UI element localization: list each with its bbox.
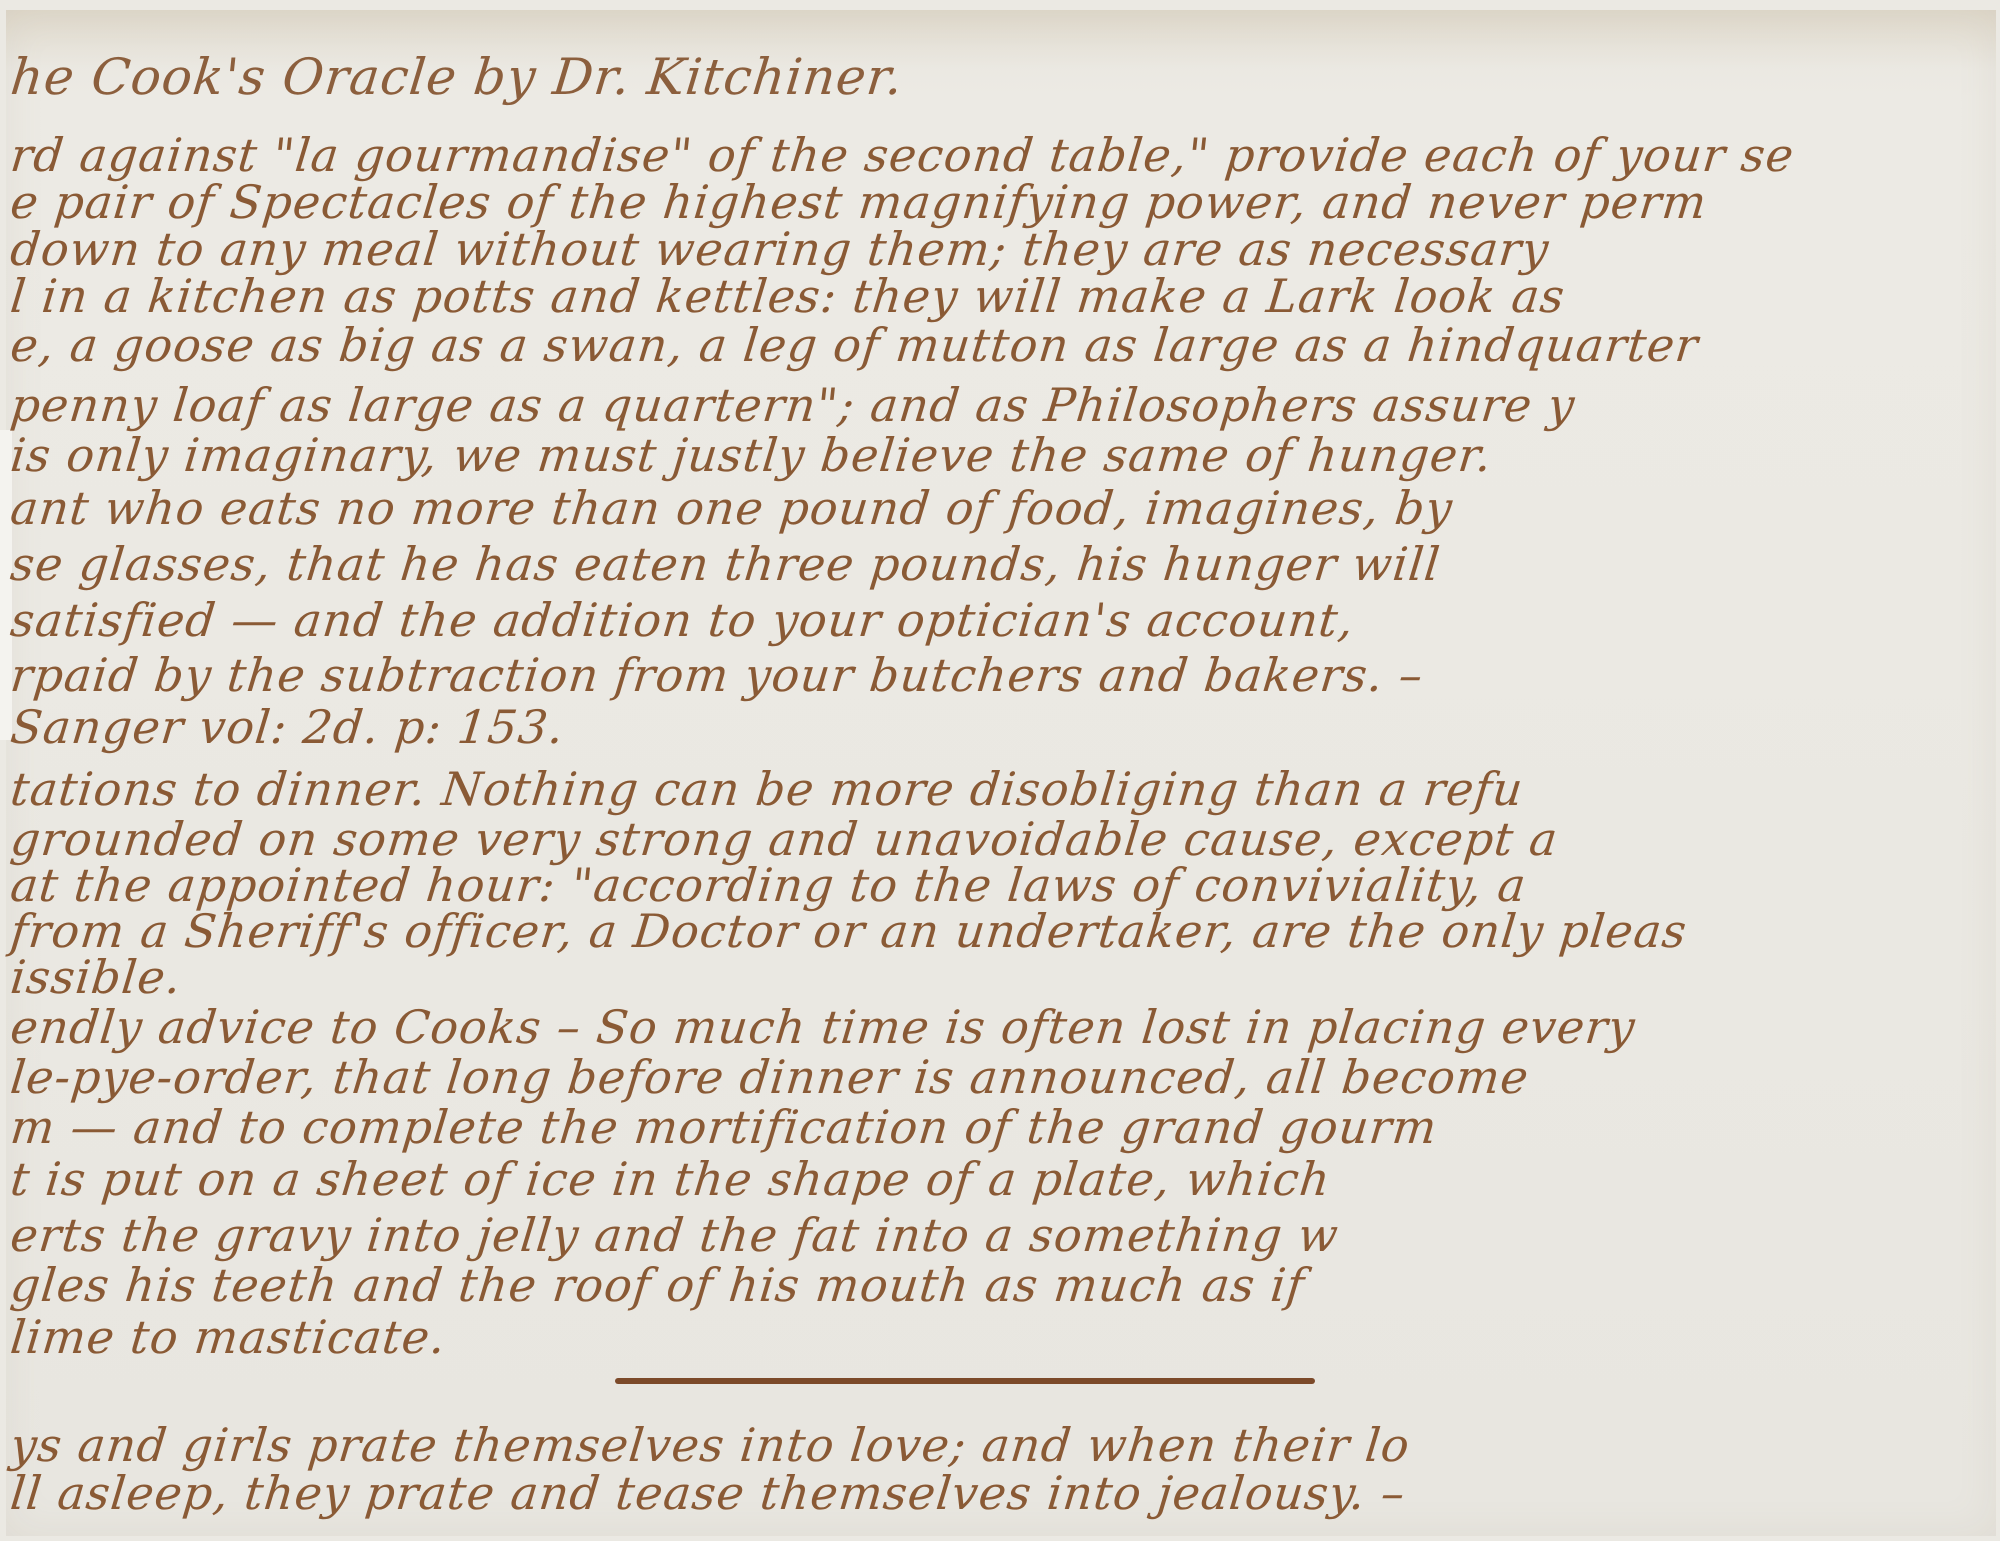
text-line: gles his teeth and the roof of his mouth… bbox=[8, 1258, 1308, 1312]
text-line: ant who eats no more than one pound of f… bbox=[8, 481, 1456, 535]
text-line: down to any meal without wearing them; t… bbox=[8, 222, 1552, 276]
text-line: from a Sheriff's officer, a Doctor or an… bbox=[8, 904, 1690, 958]
text-line: e, a goose as big as a swan, a leg of mu… bbox=[8, 318, 1701, 372]
text-line: ys and girls prate themselves into love;… bbox=[8, 1418, 1413, 1472]
text-line: le-pye-order, that long before dinner is… bbox=[8, 1050, 1532, 1104]
text-line: lime to masticate. bbox=[8, 1310, 449, 1364]
text-line: penny loaf as large as a quartern"; and … bbox=[8, 378, 1578, 432]
text-line: tations to dinner. Nothing can be more d… bbox=[8, 762, 1526, 816]
text-line: rpaid by the subtraction from your butch… bbox=[8, 648, 1426, 702]
text-line: e pair of Spectacles of the highest magn… bbox=[8, 175, 1710, 229]
text-line: endly advice to Cooks – So much time is … bbox=[8, 1000, 1638, 1054]
text-line: is only imaginary, we must justly believ… bbox=[8, 428, 1495, 482]
text-line: se glasses, that he has eaten three poun… bbox=[8, 537, 1443, 591]
text-line: t is put on a sheet of ice in the shape … bbox=[8, 1152, 1333, 1206]
text-line: erts the gravy into jelly and the fat in… bbox=[8, 1208, 1342, 1262]
text-line: rd against "la gourmandise" of the secon… bbox=[8, 128, 1797, 182]
text-line: ll asleep, they prate and tease themselv… bbox=[8, 1466, 1408, 1520]
text-line: issible. bbox=[8, 950, 184, 1004]
citation: Sanger vol: 2d. p: 153. bbox=[8, 700, 567, 754]
document-title: he Cook's Oracle by Dr. Kitchiner. bbox=[8, 48, 906, 106]
text-line: m — and to complete the mortification of… bbox=[8, 1100, 1440, 1154]
manuscript-scan: he Cook's Oracle by Dr. Kitchiner. rd ag… bbox=[0, 0, 2000, 1541]
text-line: l in a kitchen as potts and kettles: the… bbox=[8, 269, 1568, 323]
text-line: satisfied — and the addition to your opt… bbox=[8, 593, 1357, 647]
section-divider-rule bbox=[615, 1378, 1315, 1384]
